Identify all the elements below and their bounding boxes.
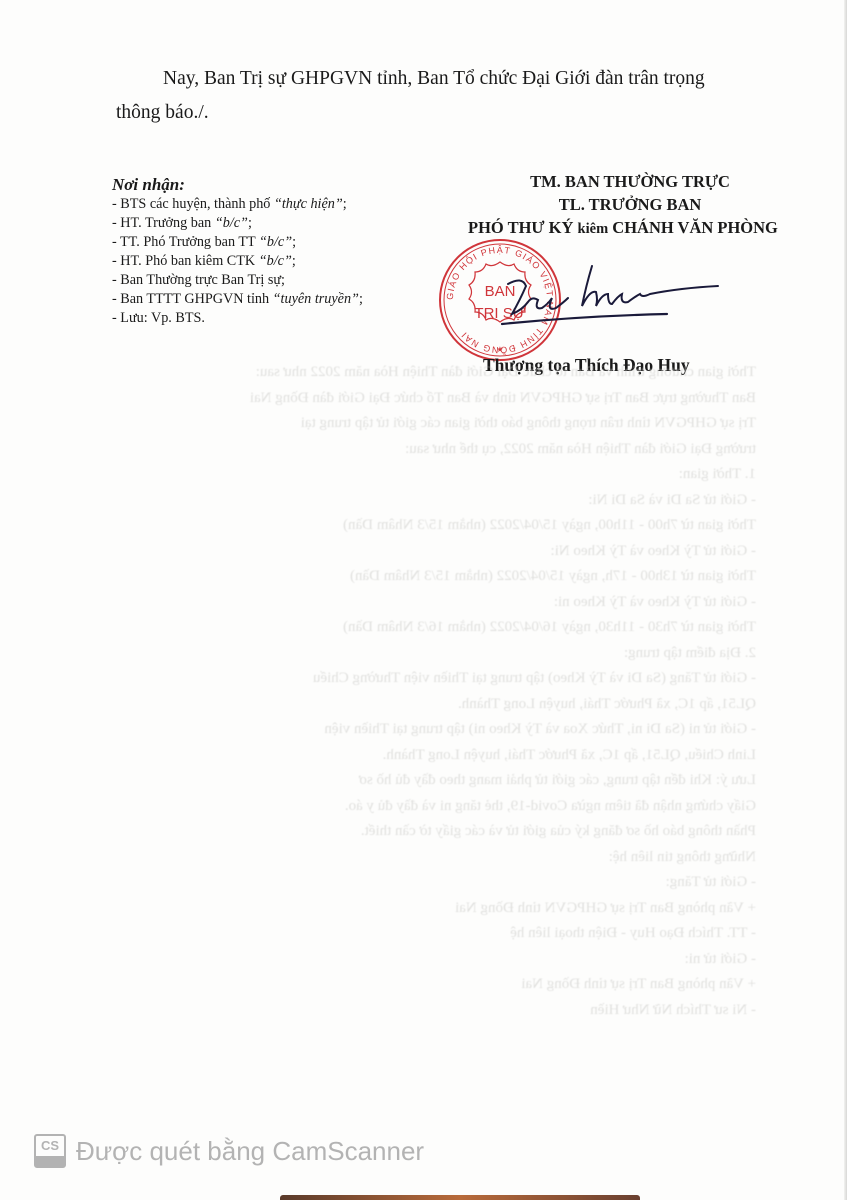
closing-line-2: thông báo./. — [116, 102, 209, 123]
recipients-title: Nơi nhận: — [112, 175, 363, 195]
show-through-line: Trị sự GHPGVN tỉnh trân trọng thông báo … — [116, 411, 756, 437]
show-through-line: Linh Chiếu, QL51, ấp 1C, xã Phước Thái, … — [116, 743, 756, 769]
show-through-line: - Giới tử Tỳ Kheo và Tỳ Kheo ni: — [116, 590, 756, 616]
show-through-line: - Giới tử ni (Sa Di ni, Thức Xoa và Tỳ K… — [116, 717, 756, 743]
recipients-list: - BTS các huyện, thành phố “thực hiện”;-… — [112, 195, 363, 328]
recipients-block: Nơi nhận: - BTS các huyện, thành phố “th… — [112, 175, 363, 328]
recipient-item: - BTS các huyện, thành phố “thực hiện”; — [112, 195, 363, 214]
show-through-text: Thời gian chương trình và Ban tổ chức Đạ… — [116, 360, 756, 1023]
handwritten-signature — [500, 262, 730, 342]
show-through-line: 2. Địa điểm tập trung: — [116, 641, 756, 667]
camscanner-watermark: CS Được quét bằng CamScanner — [34, 1134, 424, 1168]
recipient-item: - Lưu: Vp. BTS. — [112, 309, 363, 328]
recipient-item: - Ban TTTT GHPGVN tỉnh “tuyên truyền”; — [112, 290, 363, 309]
recipient-item: - HT. Trưởng ban “b/c”; — [112, 214, 363, 233]
watermark-text: Được quét bằng CamScanner — [76, 1136, 424, 1167]
show-through-line: Thời gian từ 7h30 - 11h30, ngày 16/04/20… — [116, 615, 756, 641]
show-through-line: Thời gian từ 7h00 - 11h00, ngày 15/04/20… — [116, 513, 756, 539]
show-through-line: 1. Thời gian: — [116, 462, 756, 488]
recipient-item: - HT. Phó ban kiêm CTK “b/c”; — [112, 252, 363, 271]
signer-line-2: TL. TRƯỞNG BAN — [480, 193, 780, 216]
show-through-line: Những thông tin liên hệ: — [116, 845, 756, 871]
show-through-line: trường Đại Giới đàn Thiện Hòa năm 2022, … — [116, 437, 756, 463]
show-through-line: - Giới tử Tăng (Sa Di và Tỳ Kheo) tập tr… — [116, 666, 756, 692]
show-through-line: QL51, ấp 1C, xã Phước Thái, huyện Long T… — [116, 692, 756, 718]
show-through-line: - Giới tử Tỳ Kheo và Tỳ Kheo Ni: — [116, 539, 756, 565]
signer-line-1: TM. BAN THƯỜNG TRỰC — [480, 170, 780, 193]
show-through-line: Lưu ý: Khi đến tập trung, các giới tử ph… — [116, 768, 756, 794]
show-through-line: Ban Thường trực Ban Trị sự GHPGVN tỉnh v… — [116, 386, 756, 412]
recipient-item: - Ban Thường trực Ban Trị sự; — [112, 271, 363, 290]
show-through-line: Phần thông báo hồ sơ đăng ký của giới tử… — [116, 819, 756, 845]
show-through-line: Thời gian chương trình và Ban tổ chức Đạ… — [116, 360, 756, 386]
show-through-line: - Giới tử Sa Di và Sa Di Ni: — [116, 488, 756, 514]
closing-paragraph: Nay, Ban Trị sự GHPGVN tỉnh, Ban Tổ chức… — [116, 62, 759, 130]
signer-block: TM. BAN THƯỜNG TRỰC TL. TRƯỞNG BAN PHÓ T… — [480, 170, 780, 241]
camscanner-logo-icon: CS — [34, 1134, 66, 1168]
show-through-line: - Giới tử ni: — [116, 947, 756, 973]
show-through-line: - Ni sư Thích Nữ Như Hiền — [116, 998, 756, 1024]
show-through-line: + Vãn phòng Ban Trị sự tỉnh Đồng Nai — [116, 972, 756, 998]
svg-text:★: ★ — [496, 345, 503, 354]
scan-edge-strip — [280, 1195, 640, 1200]
closing-line-1: Nay, Ban Trị sự GHPGVN tỉnh, Ban Tổ chức… — [163, 68, 705, 89]
show-through-line: - TT. Thích Đạo Huy - Điện thoại liên hệ — [116, 921, 756, 947]
show-through-line: Thời gian từ 13h00 - 17h, ngày 15/04/202… — [116, 564, 756, 590]
show-through-line: - Giới tử Tăng: — [116, 870, 756, 896]
show-through-line: + Vãn phòng Ban Trị sự GHPGVN tỉnh Đồng … — [116, 896, 756, 922]
show-through-line: Giấy chứng nhận đã tiêm ngừa Covid-19, t… — [116, 794, 756, 820]
recipient-item: - TT. Phó Trưởng ban TT “b/c”; — [112, 233, 363, 252]
